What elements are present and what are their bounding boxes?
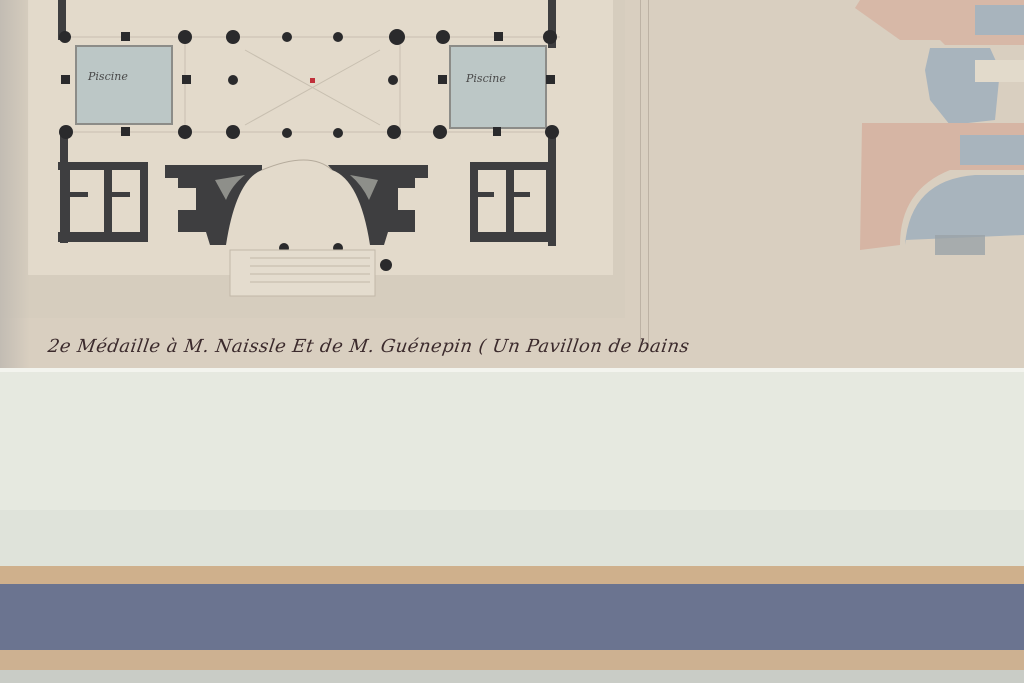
elevation-fragment — [855, 0, 1024, 255]
lower-rooms-right — [470, 162, 556, 242]
architectural-print: Piscine Piscine — [0, 0, 1024, 368]
frame-stripe-tan-upper — [0, 566, 1024, 584]
frame-edge-grey — [0, 670, 1024, 683]
floor-plan-drawing: Piscine Piscine — [0, 0, 1024, 368]
pool-right — [450, 46, 546, 128]
frame-stripe-blue — [0, 584, 1024, 650]
lower-rooms-left — [58, 162, 148, 242]
center-marker — [310, 78, 315, 83]
pool-left — [76, 46, 172, 124]
mat-bevel — [0, 368, 1024, 372]
pool-left-label: Piscine — [87, 70, 128, 83]
handwritten-caption: 2e Médaille à M. Naissle Et de M. Guénep… — [47, 336, 691, 357]
entrance-steps — [230, 250, 375, 296]
pool-right-label: Piscine — [465, 72, 506, 85]
mat-board-lower — [0, 510, 1024, 566]
frame-stripe-tan-lower — [0, 650, 1024, 670]
